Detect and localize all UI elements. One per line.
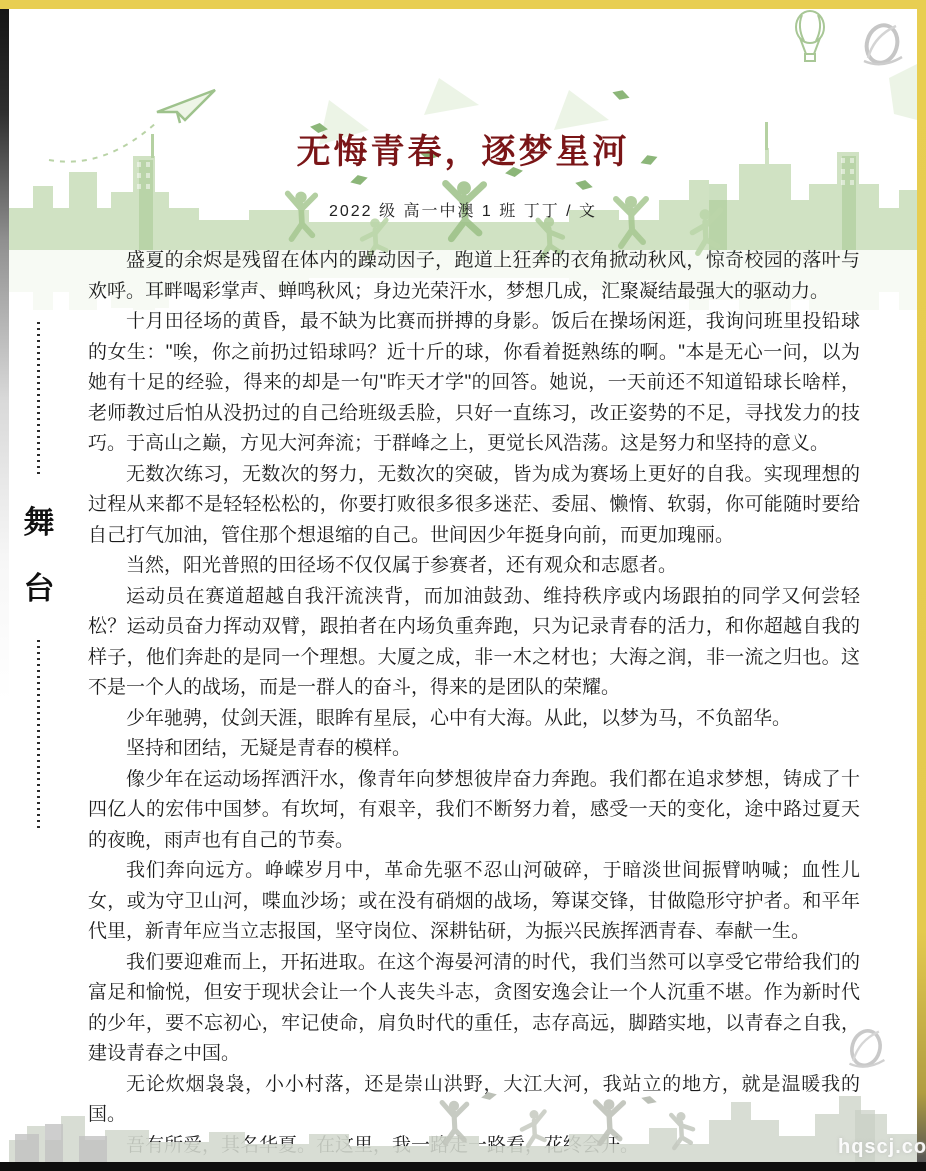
watermark: hqscj.co <box>838 1136 926 1159</box>
frame-top-edge <box>0 0 926 9</box>
sidebar-dotted-line <box>37 322 40 474</box>
frame-left-edge <box>0 9 9 1162</box>
frame-bottom-edge <box>0 1162 926 1171</box>
column-label-char: 舞 <box>22 506 56 540</box>
paragraph: 无论炊烟袅袅，小小村落，还是崇山洪野，大江大河，我站立的地方，就是温暖我的国。 <box>88 1070 860 1131</box>
sidebar-dotted-line <box>37 640 40 828</box>
article-body: 盛夏的余烬是残留在体内的躁动因子，跑道上狂奔的衣角掀动秋风，惊奇校园的落叶与欢呼… <box>88 246 860 1161</box>
column-label-char: 台 <box>22 572 56 606</box>
magazine-page: 无悔青春，逐梦星河 2022 级 高一中澳 1 班 丁丁 / 文 舞 台 盛夏的… <box>0 0 926 1171</box>
paragraph: 我们奔向远方。峥嵘岁月中，革命先驱不忍山河破碎，于暗淡世间振臂呐喊；血性儿女，或… <box>88 856 860 948</box>
paragraph: 少年驰骋，仗剑天涯，眼眸有星辰，心中有大海。从此，以梦为马，不负韶华。 <box>88 704 860 735</box>
swoosh-logo-icon <box>856 20 908 70</box>
paragraph: 无数次练习，无数次的努力，无数次的突破，皆为成为赛场上更好的自我。实现理想的过程… <box>88 460 860 552</box>
paragraph: 运动员在赛道超越自我汗流浃背，而加油鼓劲、维持秩序或内场跟拍的同学又何尝轻松？运… <box>88 582 860 704</box>
article-title: 无悔青春，逐梦星河 <box>9 124 917 173</box>
paragraph: 当然，阳光普照的田径场不仅仅属于参赛者，还有观众和志愿者。 <box>88 551 860 582</box>
paragraph: 坚持和团结，无疑是青春的模样。 <box>88 734 860 765</box>
hot-air-balloon-icon <box>790 10 830 64</box>
article-byline: 2022 级 高一中澳 1 班 丁丁 / 文 <box>9 198 917 221</box>
paragraph: 十月田径场的黄昏，最不缺为比赛而拼搏的身影。饭后在操场闲逛，我询问班里投铅球的女… <box>88 307 860 460</box>
paragraph: 像少年在运动场挥洒汗水，像青年向梦想彼岸奋力奔跑。我们都在追求梦想，铸成了十四亿… <box>88 765 860 857</box>
frame-right-edge <box>917 9 926 1162</box>
paragraph: 我们要迎难而上，开拓进取。在这个海晏河清的时代，我们当然可以享受它带给我们的富足… <box>88 948 860 1070</box>
paragraph: 盛夏的余烬是残留在体内的躁动因子，跑道上狂奔的衣角掀动秋风，惊奇校园的落叶与欢呼… <box>88 246 860 307</box>
paragraph: 吾有所爱，其名华夏。在这里，我一路走一路看，花终会开。 <box>88 1131 860 1162</box>
